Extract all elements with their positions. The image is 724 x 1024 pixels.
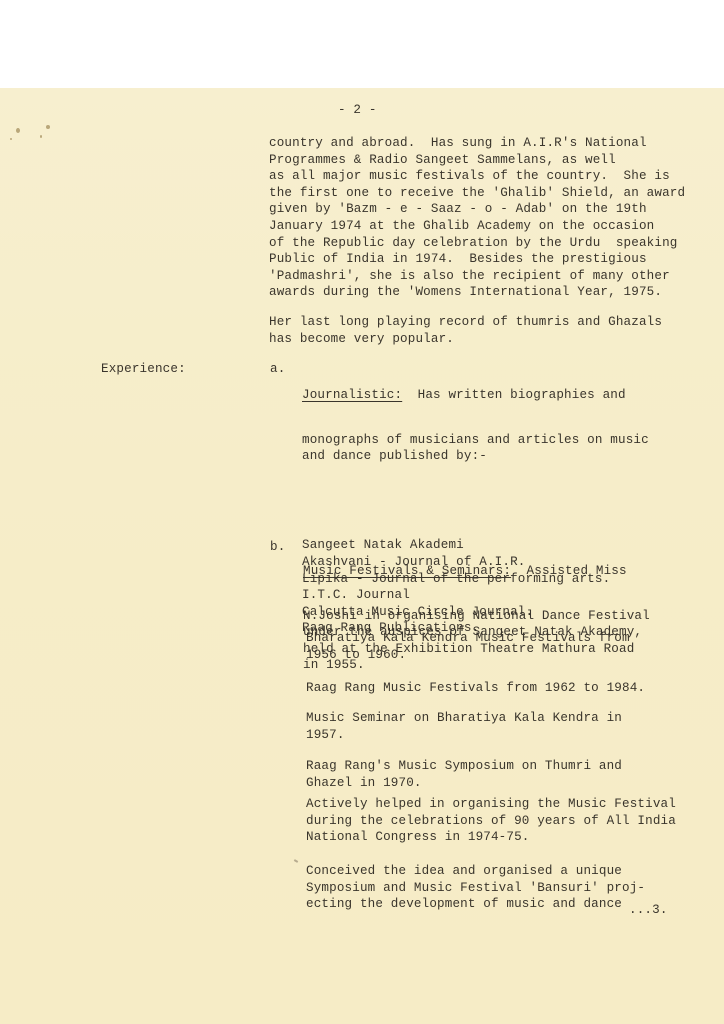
page-number: - 2 - [338, 103, 377, 117]
festivals-section: Music Festivals & Seminars: Assisted Mis… [303, 535, 650, 688]
text-line: of the Republic day celebration by the U… [269, 235, 685, 252]
festival-entry: Raag Rang Music Festivals from 1962 to 1… [306, 680, 645, 697]
continued-marker: ...3. [629, 903, 668, 917]
text-line: Programmes & Radio Sangeet Sammelans, as… [269, 152, 685, 169]
item-marker-a: a. [270, 362, 285, 376]
festival-entry: Music Seminar on Bharatiya Kala Kendra i… [306, 710, 622, 743]
text-line: awards during the 'Womens International … [269, 284, 685, 301]
text-line: Music Seminar on Bharatiya Kala Kendra i… [306, 710, 622, 727]
text-line: 'Padmashri', she is also the recipient o… [269, 268, 685, 285]
text-line: ecting the development of music and danc… [306, 896, 645, 913]
text-line: Ghazel in 1970. [306, 775, 622, 792]
text-line: 1957. [306, 727, 622, 744]
text-line: National Congress in 1974-75. [306, 829, 676, 846]
text-line: Symposium and Music Festival 'Bansuri' p… [306, 880, 645, 897]
text-line: January 1974 at the Ghalib Academy on th… [269, 218, 685, 235]
journalistic-first-line: Has written biographies and [402, 388, 626, 402]
text-line: Bharatiya Kala Kendra Music Festivals fr… [306, 630, 630, 647]
text-line: Actively helped in organising the Music … [306, 796, 676, 813]
festival-entry: Actively helped in organising the Music … [306, 796, 676, 846]
text-line: Public of India in 1974. Besides the pre… [269, 251, 685, 268]
text-line: Conceived the idea and organised a uniqu… [306, 863, 645, 880]
experience-label: Experience: [101, 362, 186, 376]
text-line: given by 'Bazm - e - Saaz - o - Adab' on… [269, 201, 685, 218]
text-line: Raag Rang Music Festivals from 1962 to 1… [306, 680, 645, 697]
record-paragraph: Her last long playing record of thumris … [269, 314, 662, 347]
text-line: monographs of musicians and articles on … [302, 432, 649, 449]
festival-entry: Conceived the idea and organised a uniqu… [306, 863, 645, 913]
festivals-heading: Music Festivals & Seminars: [303, 564, 511, 578]
text-line: Her last long playing record of thumris … [269, 314, 662, 331]
item-marker-b: b. [270, 540, 285, 554]
text-line: country and abroad. Has sung in A.I.R's … [269, 135, 685, 152]
text-line: the first one to receive the 'Ghalib' Sh… [269, 185, 685, 202]
paper-specks [10, 120, 60, 150]
text-line: has become very popular. [269, 331, 662, 348]
text-line: and dance published by:- [302, 448, 649, 465]
festival-entry: Raag Rang's Music Symposium on Thumri an… [306, 758, 622, 791]
festival-entry: Bharatiya Kala Kendra Music Festivals fr… [306, 630, 630, 663]
text-line: Raag Rang's Music Symposium on Thumri an… [306, 758, 622, 775]
intro-paragraph: country and abroad. Has sung in A.I.R's … [269, 135, 685, 301]
text-line: during the celebrations of 90 years of A… [306, 813, 676, 830]
journalistic-heading: Journalistic: [302, 388, 402, 402]
text-line: as all major music festivals of the coun… [269, 168, 685, 185]
text-line: 1956 to 1960. [306, 647, 630, 664]
festivals-first-line: Assisted Miss [511, 564, 627, 578]
text-line: N.Joshi in organising National Dance Fes… [303, 608, 650, 625]
